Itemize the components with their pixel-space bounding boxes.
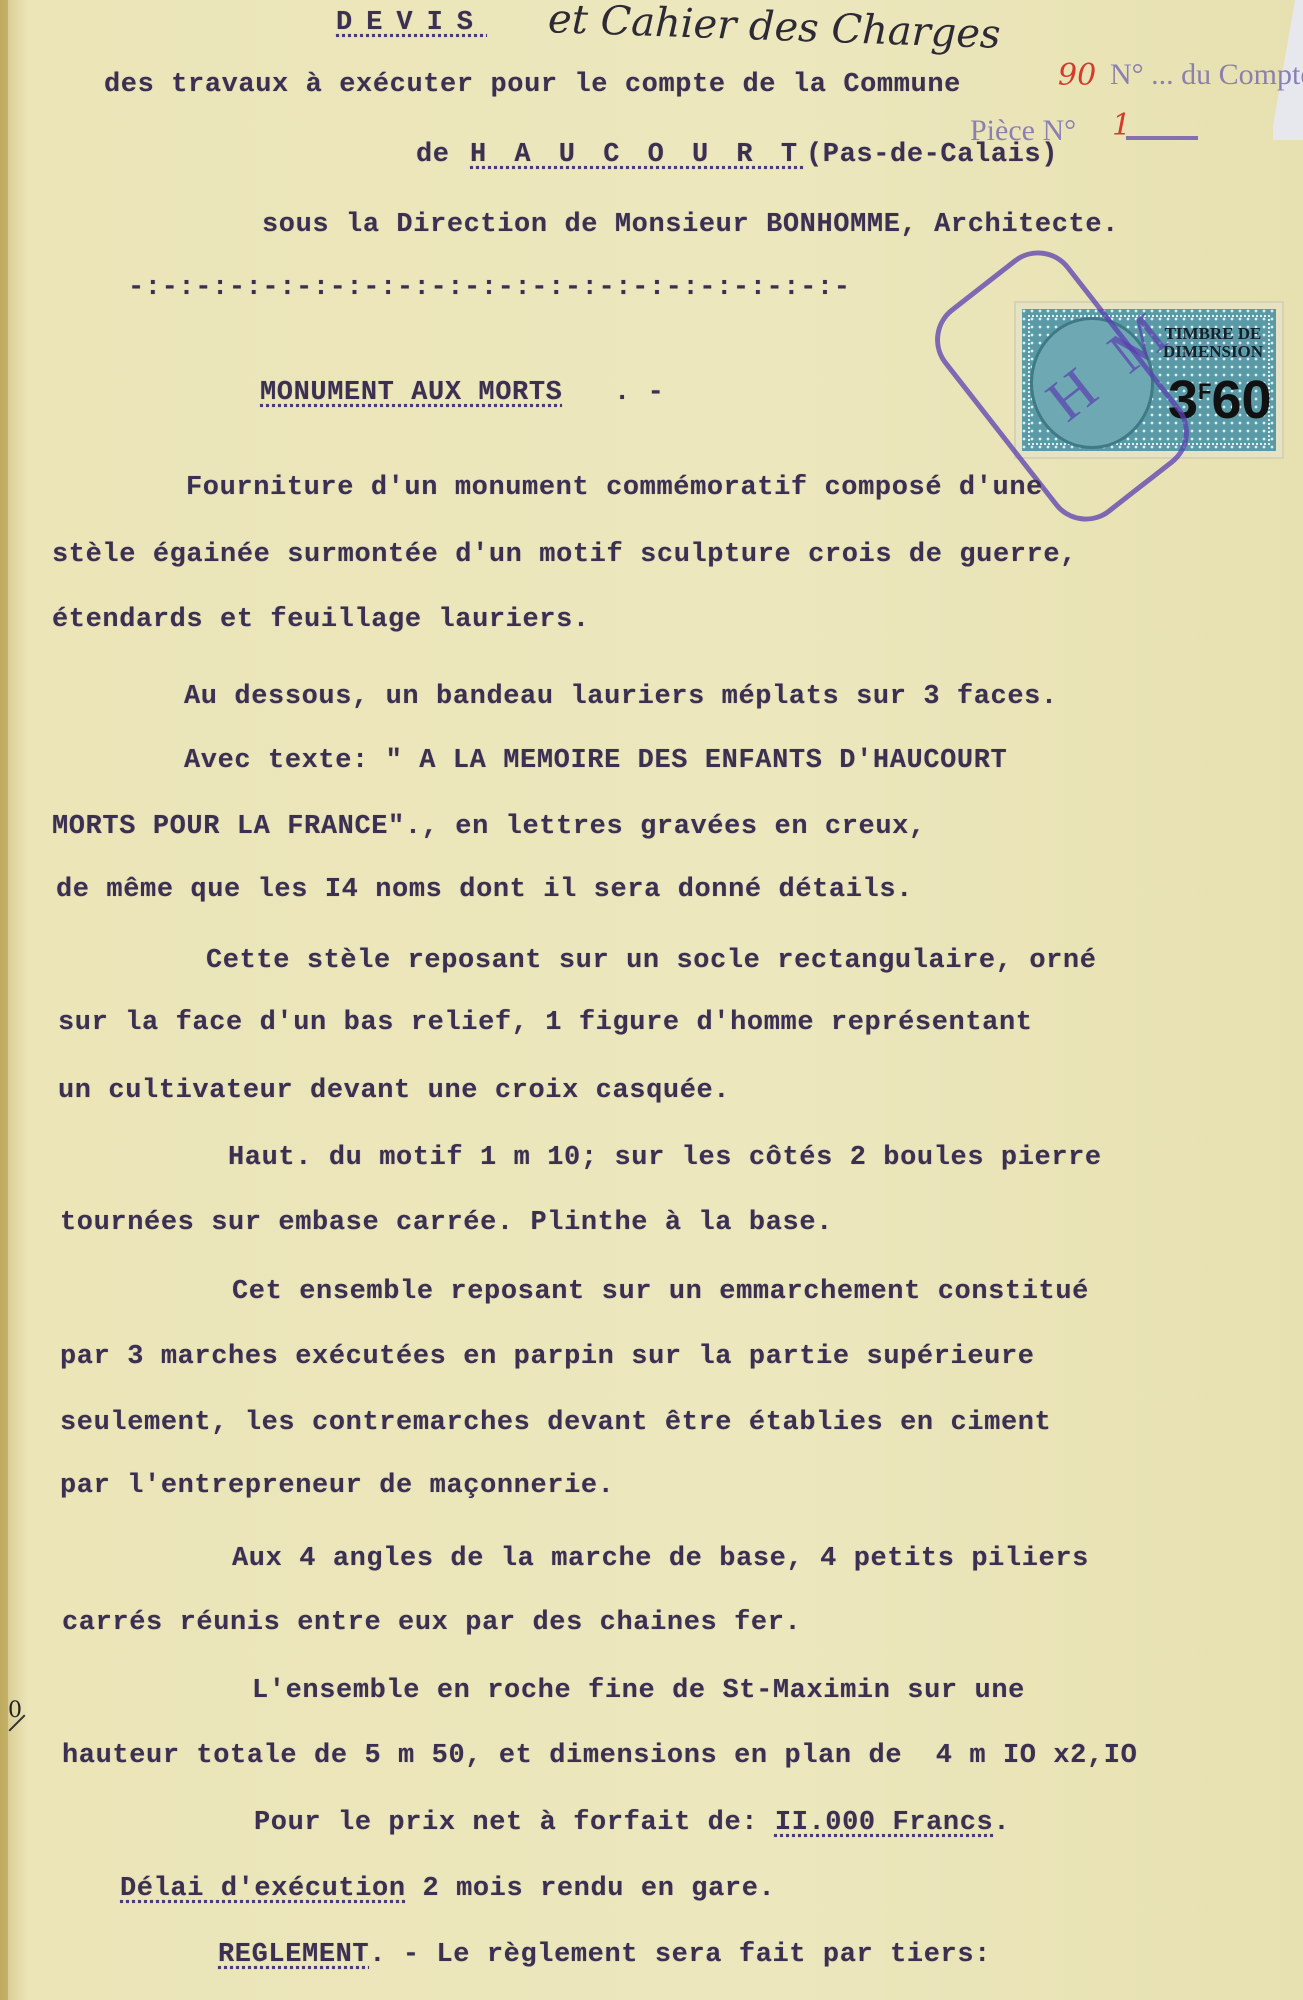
document-title-devis: DEVIS [336, 8, 487, 38]
delay-label: Délai d'exécution [120, 1874, 406, 1904]
price-suffix: . [993, 1808, 1010, 1838]
body-line: Cette stèle reposant sur un socle rectan… [206, 946, 1097, 976]
body-line: par 3 marches exécutées en parpin sur la… [60, 1342, 1035, 1372]
payment-label: REGLEMENT [218, 1940, 369, 1970]
price-line: Pour le prix net à forfait de: II.000 Fr… [254, 1808, 1010, 1838]
body-line: stèle égainée surmontée d'un motif sculp… [52, 540, 1077, 570]
body-line: Fourniture d'un monument commémoratif co… [186, 473, 1043, 503]
body-line: Haut. du motif 1 m 10; sur les côtés 2 b… [228, 1143, 1102, 1173]
body-line: sur la face d'un bas relief, 1 figure d'… [58, 1008, 1033, 1038]
piece-underline [1126, 136, 1198, 140]
body-line: Avec texte: " A LA MEMOIRE DES ENFANTS D… [184, 746, 1007, 776]
header-separator: -:-:-:-:-:-:-:-:-:-:-:-:-:-:-:-:-:-:-:-:… [128, 273, 851, 303]
body-line: de même que les I4 noms dont il sera don… [56, 875, 913, 905]
header-line-1: des travaux à exécuter pour le compte de… [104, 70, 961, 100]
section-title: MONUMENT AUX MORTS [260, 378, 562, 408]
account-stamp: N° ... du Compte [1110, 58, 1303, 92]
body-line: étendards et feuillage lauriers. [52, 605, 590, 635]
body-line: L'ensemble en roche fine de St-Maximin s… [252, 1676, 1025, 1706]
fiscal-stamp-franc-sign: F [1198, 379, 1211, 404]
payment-text: . - Le règlement sera fait par tiers: [369, 1940, 991, 1970]
delay-text: 2 mois rendu en gare. [406, 1874, 776, 1904]
body-line: tournées sur embase carrée. Plinthe à la… [60, 1208, 833, 1238]
payment-line: REGLEMENT. - Le règlement sera fait par … [218, 1940, 991, 1970]
body-line: Cet ensemble reposant sur un emmarchemen… [232, 1277, 1089, 1307]
paper-left-edge [0, 0, 8, 2000]
header-line-3: sous la Direction de Monsieur BONHOMME, … [262, 210, 1119, 240]
piece-stamp: Pièce N° [970, 114, 1076, 148]
body-line: par l'entrepreneur de maçonnerie. [60, 1471, 615, 1501]
body-line: MORTS POUR LA FRANCE"., en lettres gravé… [52, 812, 926, 842]
header-line-2-prefix: de [416, 140, 450, 170]
body-line: hauteur totale de 5 m 50, et dimensions … [62, 1741, 1137, 1771]
body-line: Au dessous, un bandeau lauriers méplats … [184, 682, 1058, 712]
section-title-suffix: . - [614, 378, 664, 408]
price-label: Pour le prix net à forfait de: [254, 1808, 775, 1838]
body-line: un cultivateur devant une croix casquée. [58, 1076, 730, 1106]
price-value: II.000 Francs [775, 1808, 993, 1838]
fiscal-stamp-cents: 60 [1212, 370, 1272, 430]
body-line: Aux 4 angles de la marche de base, 4 pet… [232, 1544, 1089, 1574]
town-name: H A U C O U R T [470, 140, 803, 170]
account-number-handwritten: 90 [1058, 58, 1096, 93]
body-line: seulement, les contremarches devant être… [60, 1408, 1051, 1438]
delay-line: Délai d'exécution 2 mois rendu en gare. [120, 1874, 775, 1904]
body-line: carrés réunis entre eux par des chaines … [62, 1608, 801, 1638]
